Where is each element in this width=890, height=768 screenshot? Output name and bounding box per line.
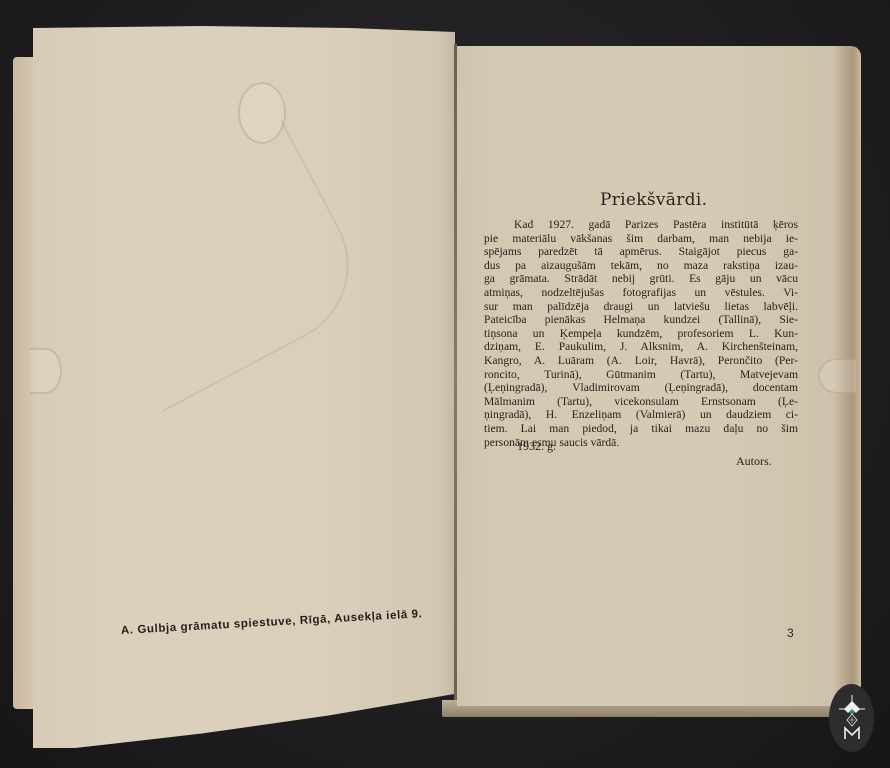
- preface-text: Kad 1927. gadā Parizes Pastēra institūtā…: [484, 218, 798, 449]
- text-line: dus pa aizaugušām tekām, no maza rakstiņ…: [484, 259, 798, 273]
- text-line: Pateicība pienākas Helmaņa kundzei (Tall…: [484, 313, 798, 327]
- text-line: tiem. Lai man piedod, ja tikai mazu daļu…: [484, 422, 798, 436]
- text-line: tiņsona un Ķempeļa kundzēm, profesoriem …: [484, 327, 798, 341]
- text-line: atmiņas, nodzeltējušas fotografijas un v…: [484, 286, 798, 300]
- preface-signature: Autors.: [736, 454, 772, 469]
- page-number: 3: [787, 626, 794, 640]
- text-line: Kad 1927. gadā Parizes Pastēra institūtā…: [484, 218, 798, 232]
- text-line: Mālmanim (Tartu), vicekonsulam Ernstsona…: [484, 395, 798, 409]
- text-line: (Ļeņingradā), Vladimirovam (Ļeņingradā),…: [484, 381, 798, 395]
- text-line: ņingradā), H. Enzeliņam (Valmierā) un da…: [484, 408, 798, 422]
- text-line: spējams paredzēt tā apmērus. Staigājot p…: [484, 245, 798, 259]
- text-line: sur man palīdzēja draugi un latviešu lie…: [484, 300, 798, 314]
- watermark-logo: [829, 684, 874, 752]
- folk-ornament-m-logo-icon: [837, 693, 867, 743]
- text-line: dziņam, E. Paukulim, J. Alksnim, A. Kirc…: [484, 340, 798, 354]
- text-line: roncito, Turinā), Gūtmanim (Tartu), Matv…: [484, 368, 798, 382]
- text-line: Kangro, A. Luāram (A. Loir, Havrā), Pero…: [484, 354, 798, 368]
- preface-date: 1932. g.: [517, 439, 556, 454]
- page-heading: Priekšvārdi.: [600, 190, 760, 210]
- water-stain: [30, 348, 62, 394]
- text-line: pie materiālu vākšanas šim darbam, man n…: [484, 232, 798, 246]
- water-stain: [818, 358, 856, 394]
- text-line: ga grāmata. Strādāt nebij grūti. Es gāju…: [484, 272, 798, 286]
